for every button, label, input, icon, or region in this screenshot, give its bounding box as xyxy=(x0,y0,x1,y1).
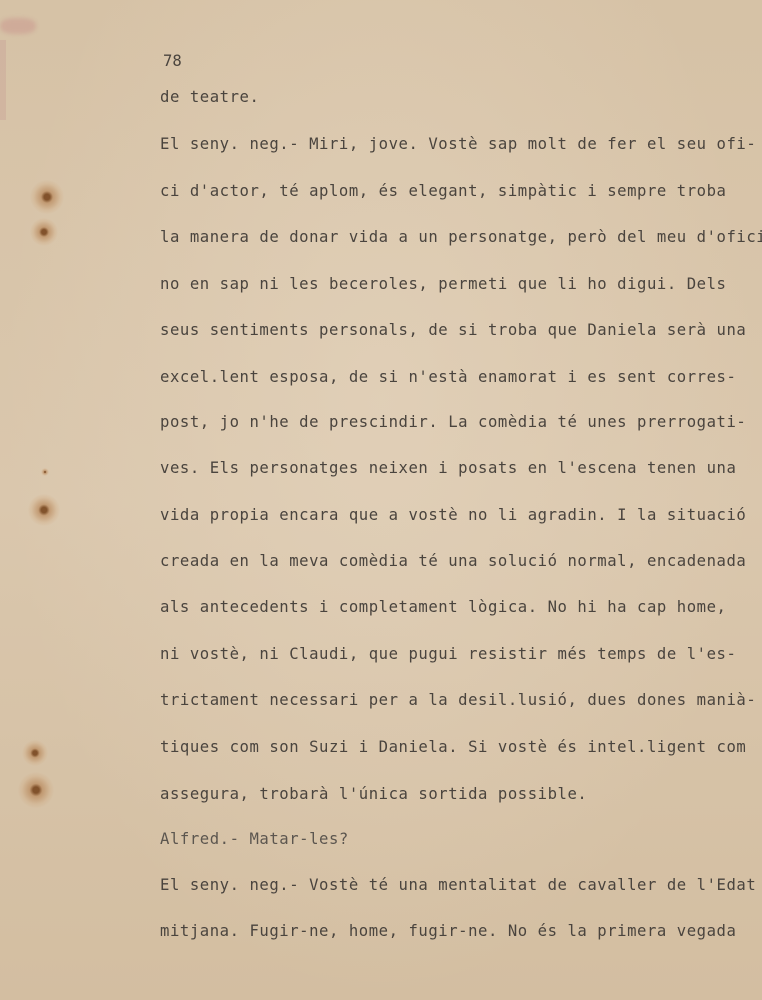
text-line: assegura, trobarà l'única sortida possib… xyxy=(160,785,587,803)
text-line: Alfred.- Matar-les? xyxy=(160,830,349,848)
text-line: mitjana. Fugir-ne, home, fugir-ne. No és… xyxy=(160,922,736,940)
text-line: la manera de donar vida a un personatge,… xyxy=(160,228,762,246)
edge-stain xyxy=(0,40,6,120)
text-line: creada en la meva comèdia té una solució… xyxy=(160,552,746,570)
text-line: El seny. neg.- Miri, jove. Vostè sap mol… xyxy=(160,135,756,153)
text-line: El seny. neg.- Vostè té una mentalitat d… xyxy=(160,876,756,894)
rust-stain xyxy=(41,468,49,476)
text-line: vida propia encara que a vostè no li agr… xyxy=(160,506,746,524)
text-line: als antecedents i completament lògica. N… xyxy=(160,598,726,616)
rust-stain xyxy=(18,772,54,808)
text-line: ni vostè, ni Claudi, que pugui resistir … xyxy=(160,645,736,663)
text-line: excel.lent esposa, de si n'està enamorat… xyxy=(160,368,736,386)
page-number: 78 xyxy=(163,52,182,70)
rust-stain xyxy=(28,494,60,526)
text-line: trictament necessari per a la desil.lusi… xyxy=(160,691,756,709)
text-line: ci d'actor, té aplom, és elegant, simpàt… xyxy=(160,182,726,200)
text-line: no en sap ni les beceroles, permeti que … xyxy=(160,275,726,293)
rust-stain xyxy=(30,218,58,246)
text-line: ves. Els personatges neixen i posats en … xyxy=(160,459,736,477)
text-line: de teatre. xyxy=(160,88,259,106)
text-line: seus sentiments personals, de si troba q… xyxy=(160,321,746,339)
typewritten-page: 78 de teatre. El seny. neg.- Miri, jove.… xyxy=(0,0,762,1000)
rust-stain xyxy=(30,180,64,214)
text-line: post, jo n'he de prescindir. La comèdia … xyxy=(160,413,746,431)
text-line: tiques com son Suzi i Daniela. Si vostè … xyxy=(160,738,746,756)
pink-stain xyxy=(0,18,36,34)
rust-stain xyxy=(22,740,48,766)
